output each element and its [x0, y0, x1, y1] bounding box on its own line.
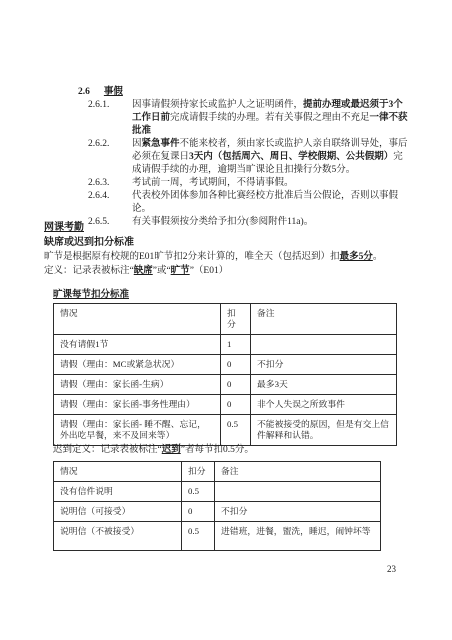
remark-cell: 不扣分	[215, 502, 381, 522]
deduction-cell: 0	[221, 355, 251, 375]
remark-header: 备注	[251, 304, 397, 335]
text-segment: 代表校外团体参加各种比赛经校方批准后当公假论，否则以事假论。	[132, 191, 398, 214]
situation-cell: 没有信件说明	[54, 482, 182, 502]
item-number: 2.6.2.	[88, 138, 132, 177]
text-segment: ”（E01）	[190, 266, 229, 276]
text-segment: 迟到定义：记录表被标注“	[53, 445, 162, 455]
text-segment: 因	[132, 139, 142, 149]
remark-cell: 进错班，进餐，盥洗，睡迟，闹钟坏等	[215, 522, 381, 551]
item-text: 考试前一周，考试期间，不得请事假。	[132, 177, 410, 190]
situation-cell: 请假（理由：MC或紧急状况）	[54, 355, 221, 375]
remark-cell: 不扣分	[251, 355, 397, 375]
late-deduction-table: 情况 扣分 备注 没有信件说明 0.5 说明信（可接受） 0 不扣分 说明信（不…	[53, 461, 381, 551]
deduction-cell: 0	[221, 395, 251, 415]
page-number: 23	[376, 564, 396, 574]
situation-header: 情况	[54, 462, 182, 482]
item-number: 2.6.1.	[88, 99, 132, 138]
remark-header: 备注	[215, 462, 381, 482]
item-text: 因紧急事件不能来校者，须由家长或监护人亲自联络训导处，事后必须在复课日3天内（包…	[132, 138, 410, 177]
absence-deduction-block: 旷课每节扣分标准 情况 扣分 备注 没有请假1节 1 请假（理由：MC或紧急状况…	[53, 286, 397, 446]
table-row: 请假（理由：MC或紧急状况） 0 不扣分	[54, 355, 397, 375]
late-deduction-block: 情况 扣分 备注 没有信件说明 0.5 说明信（可接受） 0 不扣分 说明信（不…	[53, 461, 381, 551]
list-item: 2.6.4. 代表校外团体参加各种比赛经校方批准后当公假论，否则以事假论。	[88, 190, 410, 216]
list-item: 2.6.1. 因事请假须持家长或监护人之证明函件，提前办理或最迟须于3个工作日前…	[88, 99, 410, 138]
table-row: 请假（理由：家长函- 睡不醒、忘记，外出吃早餐，来不及回来等） 0.5 不能被接…	[54, 415, 397, 446]
situation-header: 情况	[54, 304, 221, 335]
section-number: 2.6	[78, 87, 90, 97]
attendance-intro: 旷节是根据原有校规的E01旷节扣2分来计算的，唯全天（包括迟到）扣最多5分。	[44, 251, 416, 264]
deduction-header: 扣分	[221, 304, 251, 335]
text-segment: 定义：记录表被标注“	[44, 266, 134, 276]
text-segment: 缺席	[134, 266, 153, 276]
remark-cell	[215, 482, 381, 502]
list-item: 2.6.2. 因紧急事件不能来校者，须由家长或监护人亲自联络训导处，事后必须在复…	[88, 138, 410, 177]
remark-cell: 不能被接受的原因，但是有交上信件解释和认错。	[251, 415, 397, 446]
situation-cell: 说明信（不被接受）	[54, 522, 182, 551]
item-text: 代表校外团体参加各种比赛经校方批准后当公假论，否则以事假论。	[132, 190, 410, 216]
deduction-cell: 1	[221, 335, 251, 355]
online-class-attendance-section: 网课考勤 缺席或迟到扣分标准 旷节是根据原有校规的E01旷节扣2分来计算的，唯全…	[44, 221, 416, 278]
remark-cell: 最多3天	[251, 375, 397, 395]
absence-deduction-table: 情况 扣分 备注 没有请假1节 1 请假（理由：MC或紧急状况） 0 不扣分 请…	[53, 303, 397, 446]
deduction-cell: 0.5	[221, 415, 251, 446]
deduction-cell: 0	[182, 502, 215, 522]
text-segment: 考试前一周，考试期间，不得请事假。	[132, 178, 294, 188]
table-header-row: 情况 扣分 备注	[54, 462, 381, 482]
remark-cell: 非个人失误之所致事件	[251, 395, 397, 415]
item-number: 2.6.3.	[88, 177, 132, 190]
section-title: 事假	[104, 87, 123, 97]
text-segment: 。	[373, 252, 383, 262]
attendance-heading: 网课考勤	[44, 221, 416, 235]
deduction-cell: 0.5	[182, 482, 215, 502]
text-segment: ”者每节扣0.5分。	[181, 445, 254, 455]
absence-table-title: 旷课每节扣分标准	[53, 286, 397, 300]
section-heading: 2.6事假	[78, 86, 410, 99]
attendance-subheading: 缺席或迟到扣分标准	[44, 236, 416, 250]
deduction-cell: 0	[221, 375, 251, 395]
situation-cell: 说明信（可接受）	[54, 502, 182, 522]
late-definition: 迟到定义：记录表被标注“迟到”者每节扣0.5分。	[53, 444, 254, 457]
deduction-cell: 0.5	[182, 522, 215, 551]
text-segment: 3天内（包括周六、周日、学校假期、公共假期）	[189, 152, 393, 162]
situation-cell: 请假（理由：家长函- 睡不醒、忘记，外出吃早餐，来不及回来等）	[54, 415, 221, 446]
deduction-header: 扣分	[182, 462, 215, 482]
table-row: 请假（理由：家长函-事务性理由） 0 非个人失误之所致事件	[54, 395, 397, 415]
table-row: 没有信件说明 0.5	[54, 482, 381, 502]
table-row: 说明信（可接受） 0 不扣分	[54, 502, 381, 522]
text-segment: ”或“	[153, 266, 171, 276]
text-segment: 因事请假须持家长或监护人之证明函件，	[132, 100, 303, 110]
absence-definition: 定义：记录表被标注“缺席”或“旷节”（E01）	[44, 265, 416, 278]
table-row: 没有请假1节 1	[54, 335, 397, 355]
text-segment: 旷节是根据原有校规的E01旷节扣2分来计算的，唯全天（包括迟到）扣	[44, 252, 340, 262]
section-2-6-leave-of-absence: 2.6事假 2.6.1. 因事请假须持家长或监护人之证明函件，提前办理或最迟须于…	[78, 86, 410, 229]
list-item: 2.6.3. 考试前一周，考试期间，不得请事假。	[88, 177, 410, 190]
item-text: 因事请假须持家长或监护人之证明函件，提前办理或最迟须于3个工作日前完成请假手续的…	[132, 99, 410, 138]
remark-cell	[251, 335, 397, 355]
table-row: 请假（理由：家长函-生病） 0 最多3天	[54, 375, 397, 395]
situation-cell: 请假（理由：家长函-事务性理由）	[54, 395, 221, 415]
situation-cell: 请假（理由：家长函-生病）	[54, 375, 221, 395]
text-segment: 最多5分	[340, 252, 373, 262]
text-segment: 紧急事件	[142, 139, 180, 149]
text-segment: 旷节	[171, 266, 190, 276]
table-header-row: 情况 扣分 备注	[54, 304, 397, 335]
text-segment: 迟到	[162, 445, 181, 455]
item-number: 2.6.4.	[88, 190, 132, 216]
situation-cell: 没有请假1节	[54, 335, 221, 355]
table-row: 说明信（不被接受） 0.5 进错班，进餐，盥洗，睡迟，闹钟坏等	[54, 522, 381, 551]
text-segment: 完成请假手续的办理。若有关事假之理由不充足	[170, 113, 370, 123]
